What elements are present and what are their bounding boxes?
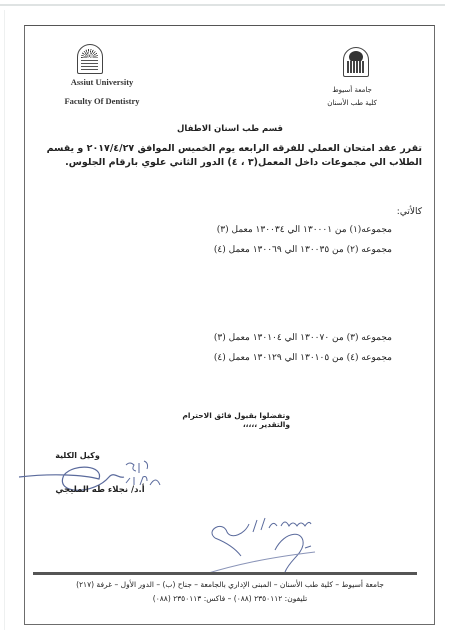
- group-1-line: مجموعه(١) من ١٣٠٠٠١ الي ١٣٠٠٣٤ معمل (٣): [217, 225, 392, 235]
- group-3-line: مجموعه (٣) من ١٣٠٠٧٠ الي ١٣٠١٠٤ معمل (٣): [214, 333, 392, 343]
- university-name-en: Assiut University: [47, 77, 157, 87]
- scan-edge-top: [0, 4, 445, 6]
- footer-contact: تليفون: ٢٣٥٠١١٢ (٠٨٨) – فاكس: ٢٣٥٠١١٣ (٠…: [100, 594, 360, 603]
- department-title: قسم طب اسنان الاطفال: [150, 124, 310, 134]
- announcement-paragraph: تقرر عقد امتحان العملي للفرقه الرابعه يو…: [32, 142, 422, 170]
- assiut-university-logo-icon: [77, 44, 103, 74]
- vice-dean-name: أ.د/ نجلاء طه المليجي: [45, 485, 155, 495]
- scan-edge-left: [4, 10, 5, 630]
- group-4-line: مجموعه (٤) من ١٣٠١٠٥ الي ١٣٠١٢٩ معمل (٤): [214, 353, 392, 363]
- group-2-line: مجموعه (٢) من ١٣٠٠٣٥ الي ١٣٠٠٦٩ معمل (٤): [214, 245, 392, 255]
- footer-separator: [33, 572, 417, 575]
- closing-line: وتفضلوا بقبول فائق الاحترام والتقدير ،،،…: [150, 411, 290, 429]
- faculty-logo-icon: [343, 47, 369, 77]
- second-signature-icon: [205, 510, 355, 575]
- university-name-ar: جامعة أسيوط: [322, 86, 382, 94]
- faculty-name-en: Faculty Of Dentistry: [47, 96, 157, 106]
- footer-address: جامعة أسيوط – كلية طب الأسنان – المبنى ا…: [40, 580, 420, 589]
- as-follows-label: كالأتي:: [397, 207, 422, 217]
- faculty-name-ar: كلية طب الأسنان: [322, 99, 382, 107]
